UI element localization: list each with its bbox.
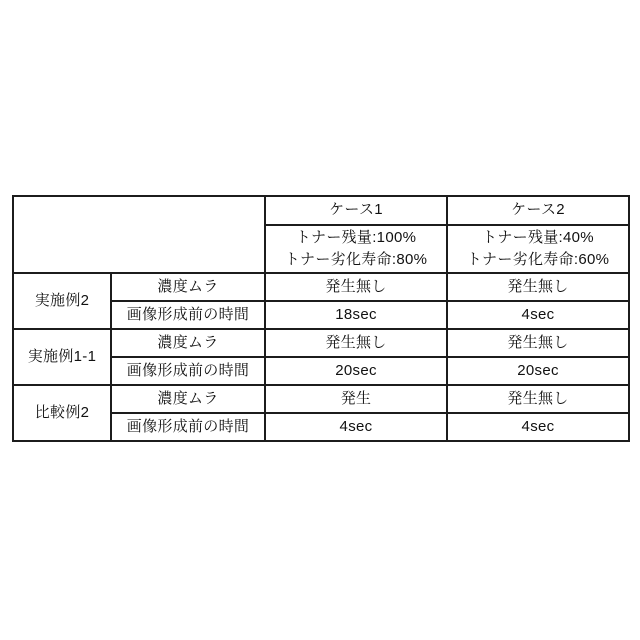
metric-label: 画像形成前の時間 [111,357,265,385]
case2-value: 発生無し [447,273,629,301]
case2-toner-life: トナー劣化寿命:60% [448,249,628,271]
case1-conditions-cell: トナー残量:100% トナー劣化寿命:80% [265,225,447,273]
metric-label: 濃度ムラ [111,329,265,357]
metric-label: 画像形成前の時間 [111,301,265,329]
document-page: ケース1 ケース2 トナー残量:100% トナー劣化寿命:80% トナー残量:4… [0,0,640,640]
case1-value: 18sec [265,301,447,329]
case2-value: 発生無し [447,329,629,357]
group-label-example1-1: 実施例1-1 [13,329,111,385]
case2-toner-remaining: トナー残量:40% [448,227,628,249]
case1-value: 4sec [265,413,447,441]
case1-value: 20sec [265,357,447,385]
corner-empty-cell [13,196,265,273]
comparison-results-table: ケース1 ケース2 トナー残量:100% トナー劣化寿命:80% トナー残量:4… [12,195,630,442]
metric-label: 画像形成前の時間 [111,413,265,441]
case2-value: 4sec [447,301,629,329]
case1-value: 発生無し [265,329,447,357]
case1-value: 発生無し [265,273,447,301]
case1-toner-remaining: トナー残量:100% [266,227,446,249]
metric-label: 濃度ムラ [111,273,265,301]
case2-value: 4sec [447,413,629,441]
case2-value: 20sec [447,357,629,385]
case1-header-cell: ケース1 [265,196,447,225]
case2-value: 発生無し [447,385,629,413]
case2-header-cell: ケース2 [447,196,629,225]
metric-label: 濃度ムラ [111,385,265,413]
case2-conditions-cell: トナー残量:40% トナー劣化寿命:60% [447,225,629,273]
case1-value: 発生 [265,385,447,413]
group-label-example2: 実施例2 [13,273,111,329]
case1-toner-life: トナー劣化寿命:80% [266,249,446,271]
group-label-comparative2: 比較例2 [13,385,111,441]
